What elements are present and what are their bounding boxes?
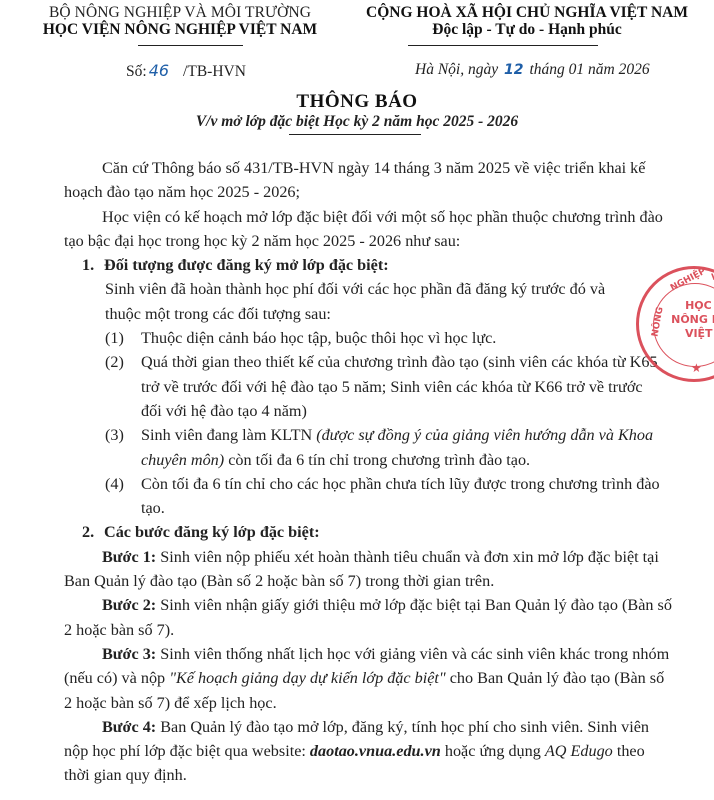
motto-underline [408, 45, 598, 46]
document-title: THÔNG BÁO [0, 91, 714, 113]
list-item: (1) Thuộc diện cảnh báo học tập, buộc th… [105, 326, 674, 350]
list-item: (4) Còn tối đa 6 tín chỉ cho các học phầ… [105, 472, 674, 521]
document-subtitle: V/v mở lớp đặc biệt Học kỳ 2 năm học 202… [0, 113, 714, 131]
step-3: Bước 3: Sinh viên thống nhất lịch học vớ… [64, 642, 674, 715]
country-name: CỘNG HOÀ XÃ HỘI CHỦ NGHĨA VIỆT NAM [340, 4, 714, 22]
document-number: Số:46/TB-HVN [126, 61, 246, 81]
institution-name: HỌC VIỆN NÔNG NGHIỆP VIỆT NAM [0, 21, 360, 39]
number-handwritten: 46 [149, 61, 169, 80]
section-2-heading: 2.Các bước đăng ký lớp đặc biệt: [82, 520, 674, 544]
document-body: Căn cứ Thông báo số 431/TB-HVN ngày 14 t… [64, 156, 674, 788]
intro-paragraph-1: Căn cứ Thông báo số 431/TB-HVN ngày 14 t… [64, 156, 674, 205]
national-motto: Độc lập - Tự do - Hạnh phúc [340, 21, 714, 39]
step-2: Bước 2: Sinh viên nhận giấy giới thiệu m… [64, 593, 674, 642]
section-1-heading: 1.Đối tượng được đăng ký mở lớp đặc biệt… [82, 253, 674, 277]
step-1: Bước 1: Sinh viên nộp phiếu xét hoàn thà… [64, 545, 674, 594]
stamp-line-3: VIỆT NAM [665, 327, 714, 340]
ministry-name: BỘ NÔNG NGHIỆP VÀ MÔI TRƯỜNG [0, 4, 360, 22]
step-4: Bước 4: Ban Quản lý đào tạo mở lớp, đăng… [64, 715, 674, 788]
stamp-line-2: NÔNG NGHIỆP [665, 313, 714, 326]
number-suffix: /TB-HVN [183, 63, 246, 80]
app-name: AQ Edugo [545, 742, 613, 760]
date-day-handwritten: 12 [504, 62, 523, 78]
stamp-line-1: HỌC VIỆN [665, 299, 714, 312]
list-item: (3) Sinh viên đang làm KLTN (được sự đồn… [105, 423, 674, 472]
subtitle-underline [289, 134, 421, 135]
intro-paragraph-2: Học viện có kế hoạch mở lớp đặc biệt đối… [64, 205, 674, 254]
date-suffix: tháng 01 năm 2026 [529, 61, 649, 78]
institution-underline [138, 45, 243, 46]
document-date: Hà Nội, ngày 12tháng 01 năm 2026 [415, 61, 650, 79]
list-item: (2) Quá thời gian theo thiết kế của chươ… [105, 350, 674, 423]
date-prefix: Hà Nội, ngày [415, 61, 498, 78]
number-label: Số: [126, 63, 147, 80]
stamp-star-icon: ★ [691, 361, 702, 376]
website-link[interactable]: daotao.vnua.edu.vn [310, 742, 441, 760]
section-1-lead: Sinh viên đã hoàn thành học phí đối với … [105, 277, 674, 326]
